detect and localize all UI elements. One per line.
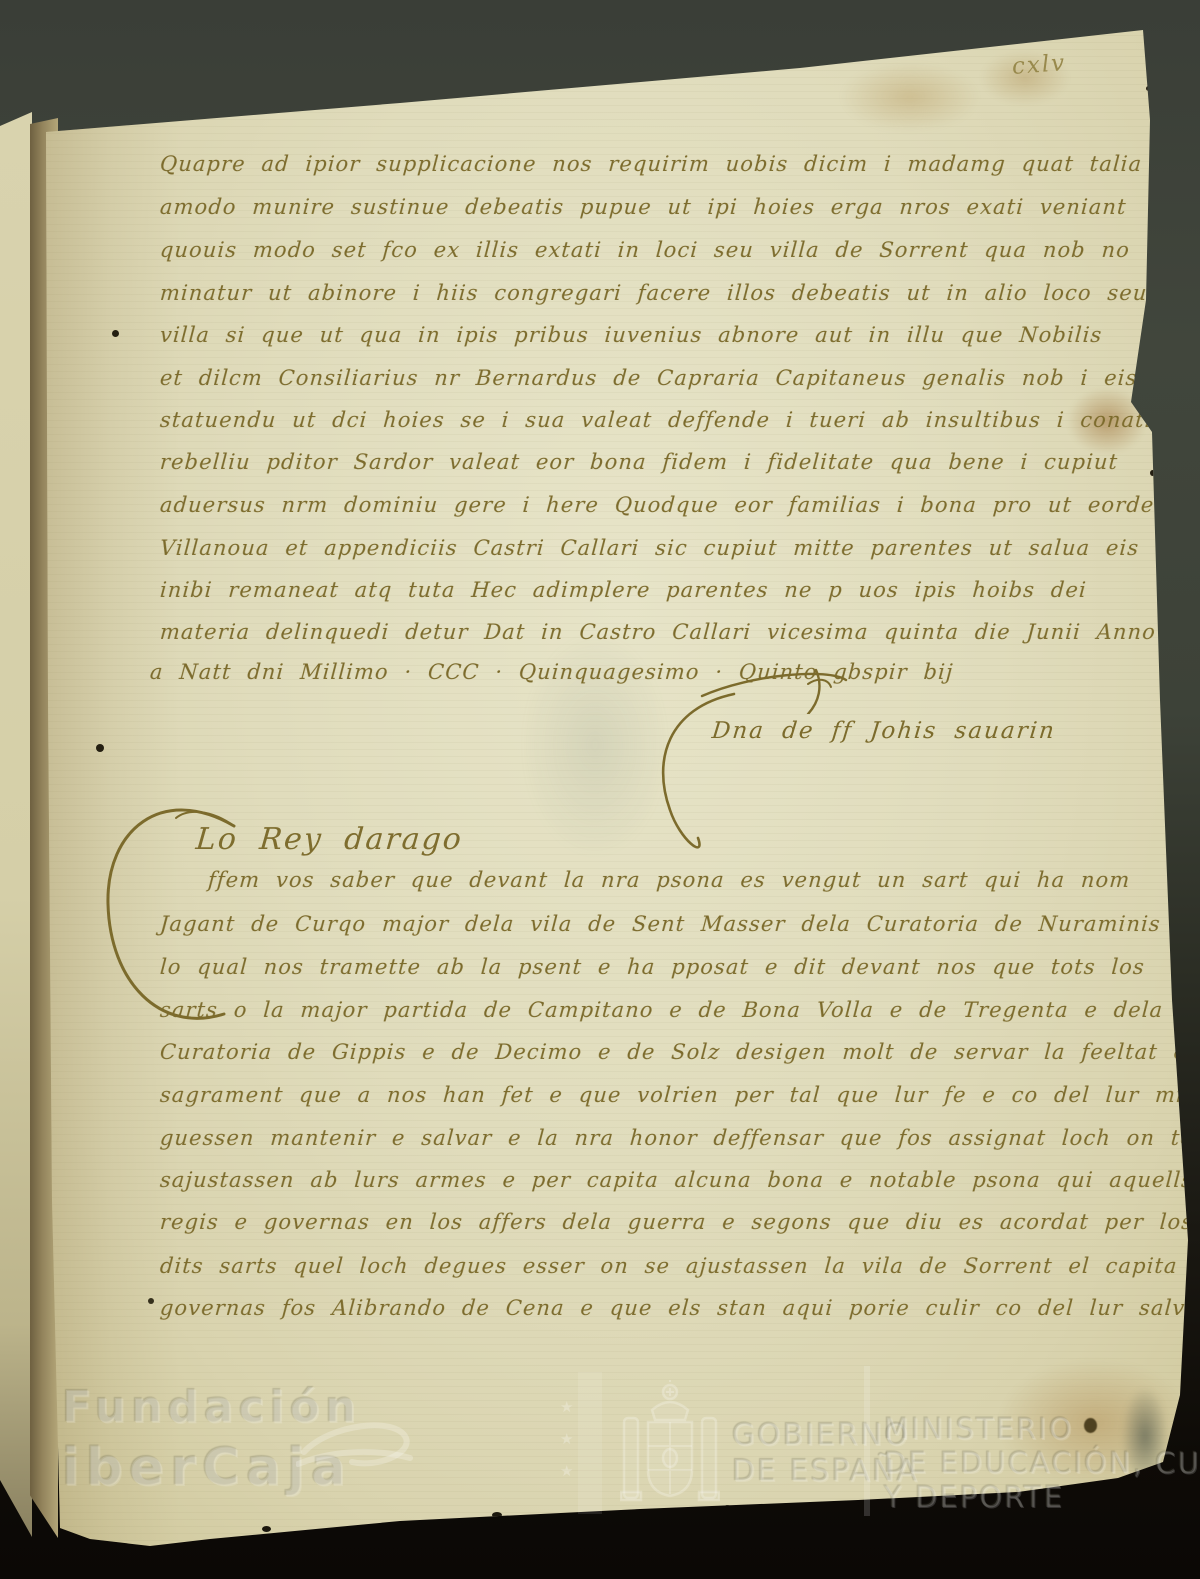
star-icon: ★	[560, 1430, 573, 1448]
ink-spot	[262, 1526, 271, 1532]
manuscript-line: Curatoria de Gippis e de Decimo e de Sol…	[159, 1040, 1121, 1064]
star-icon: ★	[560, 1398, 573, 1416]
eu-stars-icon	[578, 1372, 602, 1514]
manuscript-line: Quapre ad ipior supplicacione nos requir…	[159, 152, 1121, 176]
manuscript-line: amodo munire sustinue debeatis pupue ut …	[159, 195, 1121, 219]
manuscript-line: minatur ut abinore i hiis congregari fac…	[159, 281, 1121, 305]
manuscript-line: et dilcm Consiliarius nr Bernardus de Ca…	[159, 366, 1121, 390]
spain-coat-of-arms-icon	[620, 1380, 720, 1515]
manuscript-line: a Natt dni Millimo · CCC · Quinquagesimo…	[149, 660, 1111, 684]
folio-number: cxlv	[1011, 50, 1067, 80]
ink-spot	[1084, 1418, 1097, 1433]
stain	[548, 36, 618, 66]
manuscript-line: aduersus nrm dominiu gere i here Quodque…	[159, 493, 1121, 517]
ibercaja-swoosh-icon	[296, 1408, 416, 1488]
previous-page-edge	[0, 112, 32, 1537]
worm-hole	[1146, 86, 1151, 91]
star-icon: ★	[560, 1462, 573, 1480]
letter-heading: Lo Rey darago	[194, 822, 464, 857]
ministerio-watermark-line1: MINISTERIO	[884, 1412, 1074, 1446]
manuscript-line: regis e governas en los affers dela guer…	[159, 1210, 1121, 1234]
manuscript-line: inibi remaneat atq tuta Hec adimplere pa…	[159, 578, 1121, 602]
manuscript-line: materia delinquedi detur Dat in Castro C…	[159, 620, 1121, 644]
manuscript-line: lo qual nos tramette ab la psent e ha pp…	[159, 955, 1121, 979]
manuscript-line: guessen mantenir e salvar e la nra honor…	[159, 1126, 1121, 1150]
manuscript-line: villa si que ut qua in ipis pribus iuven…	[159, 323, 1121, 347]
chancery-signature: Dna de ff Johis sauarin	[711, 718, 1058, 744]
manuscript-page: cxlv Quapre ad ipior supplicacione nos r…	[0, 0, 1200, 1579]
ink-spot	[96, 744, 104, 752]
ink-spot	[112, 330, 119, 337]
manuscript-line: Villanoua et appendiciis Castri Callari …	[159, 536, 1121, 560]
manuscript-line: Jagant de Curqo major dela vila de Sent …	[159, 912, 1121, 936]
manuscript-line: dits sarts quel loch degues esser on se …	[159, 1254, 1121, 1278]
ink-spot	[148, 1298, 154, 1304]
manuscript-line: rebelliu pditor Sardor valeat eor bona f…	[159, 450, 1121, 474]
ink-spot	[724, 1505, 731, 1510]
manuscript-line: governas fos Alibrando de Cena e que els…	[159, 1296, 1121, 1320]
stain	[290, 48, 390, 84]
stain	[840, 62, 980, 132]
manuscript-line: statuendu ut dci hoies se i sua valeat d…	[159, 408, 1121, 432]
ink-spot	[492, 1512, 502, 1518]
manuscript-line: sagrament que a nos han fet e que volrie…	[159, 1083, 1121, 1107]
signature-bracket	[648, 688, 743, 873]
manuscript-line: quouis modo set fco ex illis extati in l…	[159, 238, 1121, 262]
worm-hole	[1150, 470, 1155, 476]
manuscript-scan: cxlv Quapre ad ipior supplicacione nos r…	[0, 0, 1200, 1579]
ministerio-watermark-line2: DE EDUCACIÓN, CULTURA	[884, 1446, 1200, 1480]
watermark-divider	[864, 1366, 870, 1516]
manuscript-line: sarts o la major partida de Campitano e …	[159, 998, 1121, 1022]
manuscript-line: ffem vos saber que devant la nra psona e…	[207, 868, 1169, 892]
manuscript-line: sajustassen ab lurs armes e per capita a…	[159, 1168, 1121, 1192]
ministerio-watermark-line3: Y DEPORTE	[884, 1480, 1064, 1514]
